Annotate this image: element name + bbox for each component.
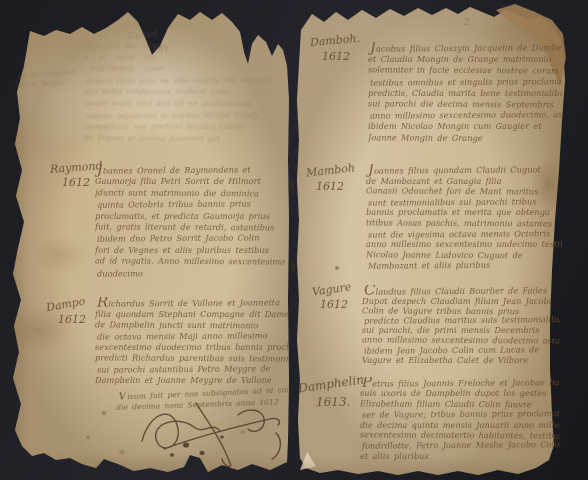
handwritten-line: suspir avant sauf abil dit ne publicatio… [84, 97, 288, 110]
handwritten-line: sunt testimonialibus sui parochi tribus [368, 196, 562, 208]
handwritten-line: Mambozant et aliis pluribus [368, 260, 562, 271]
entry-body: Joannes filius quondam Claudii Cuguotde … [366, 164, 562, 271]
faded-entry: francisca Ma. habita .s . et . colin . d… [84, 40, 288, 144]
handwritten-line: predictis, Claudia marita bene testimoni… [368, 88, 562, 99]
entry-margin-year: 1612 [322, 50, 350, 63]
page-number: 2 [464, 18, 470, 28]
handwritten-line: quinta Octobris tribus bannis prius [97, 198, 289, 211]
handwritten-line: ibidem dno Petro Sorrit Jacobo Colin [97, 233, 289, 246]
handwritten-line: fori de Vegnes et aliis pluribus testibu… [95, 245, 289, 256]
handwritten-line: titibus Aosas paschis, matrimonio astant… [366, 217, 562, 229]
handwritten-line: ibidem Nicolao Mongin cum Gaugier et [368, 121, 562, 132]
handwritten-line: sui parochi astantibus Petro Meygre de [97, 363, 289, 376]
handwritten-line: et aliis pluribus [360, 451, 560, 461]
handwritten-line: ad id rogatis. Anno millesimo sexcentesi… [95, 256, 289, 269]
handwritten-line: die octava mensis Maji anno millesimo [97, 330, 289, 343]
handwritten-line: solemn adjudicata in predita Nicolai Cau… [86, 109, 288, 122]
handwritten-line: solemniter in facie ecclesiae nostrae co… [368, 65, 562, 77]
handwritten-line: compellatur has predicta Nicolay Caulin [84, 121, 288, 133]
binding-stitch [291, 262, 295, 271]
entry-margin-year: 1612 [316, 180, 344, 193]
handwritten-line: Jacobus filius Closzym Jacquelin de Dumb… [370, 42, 562, 55]
entry-margin-year: 1612 [58, 313, 86, 326]
handwritten-line: proclamatis, et predicta Gaumorja prius [95, 211, 289, 222]
handwritten-line: alia millie confessione moderni cum [84, 86, 288, 98]
handwritten-line: Dampbelin et Joanne Meygre de Vallone [95, 375, 289, 386]
entry-margin-year: 1613. [316, 395, 350, 409]
handwritten-line: die decima quinta mensis Januarii anno m… [360, 420, 560, 430]
handwritten-line: s . et . colin . die [84, 52, 288, 64]
handwritten-line: Vagure et Elizabetha Calet de Vilbore [362, 356, 560, 366]
handwritten-line: ser de Vagure; tribus bannis prius procl… [362, 408, 560, 420]
handwritten-line: Joanne Mongin de Grange [368, 132, 562, 144]
handwritten-line: duodecimo [97, 267, 289, 279]
entry-body: Richardus Sorrit de Vallone et Joannetta… [95, 297, 289, 386]
binding-stitch [290, 182, 294, 191]
handwritten-line: suis uxoris de Dampbelin dupot les geste… [360, 388, 560, 398]
handwritten-line: Gaumorja filia Petri Sorrit de Hilmort [95, 176, 289, 187]
handwritten-line: Joannes filius quondam Claudii Cuguot [368, 164, 562, 176]
handwritten-line: Richardus Sorrit de Vallone et Joannetta [97, 297, 289, 310]
entry-body: Jacobus filius Closzym Jacquelin de Dumb… [368, 42, 562, 144]
handwritten-line: bannis proclamatis et merita que obtenga [366, 207, 562, 218]
handwritten-line: sexcentesimo duodecimo tribus bannis pro… [95, 342, 289, 353]
handwritten-line: jduncti conti gras ne ville nuptiis sed … [86, 74, 288, 87]
handwritten-line: anno millesimo sexcentesimo undecimo tes… [366, 239, 562, 250]
handwritten-line: francisca Ma. habita . [86, 40, 288, 52]
manuscript-photo: Daniel 161 qd dit GuilamontEvenn. Jougez… [0, 0, 588, 480]
handwritten-line: de Vegnes et Joanna Jouannet gat [84, 132, 288, 144]
entry-body: Joannes Oronel de Raymondens etGaumorja … [95, 164, 289, 279]
entry-body: Claudius filius Claudii Bourlier de Fail… [362, 285, 560, 365]
entry-body: Petrus filius Joannis Freloche et Jacoba… [360, 377, 560, 461]
handwritten-line: testibus omnibus et singulis prius procl… [370, 76, 562, 89]
handwritten-line: anno millesimo sexcentesimo duodecimo, a… [370, 109, 562, 122]
handwritten-line: Petrus filius Joannis Freloche et Jacoba… [362, 377, 560, 389]
handwritten-line: sunt die vigesima octava mensis Octobris [368, 228, 562, 240]
handwritten-line: fondrillotte, Petro Joanne Meshe Jacobo … [362, 440, 560, 452]
handwritten-line: Joannes Oronel de Raymondens et [97, 164, 289, 177]
entry-margin-year: 1612 [62, 176, 90, 189]
entry-margin-year: 1612 [320, 298, 348, 311]
handwritten-line: filia quondam Stephani Compagne dit Dame… [95, 309, 289, 320]
